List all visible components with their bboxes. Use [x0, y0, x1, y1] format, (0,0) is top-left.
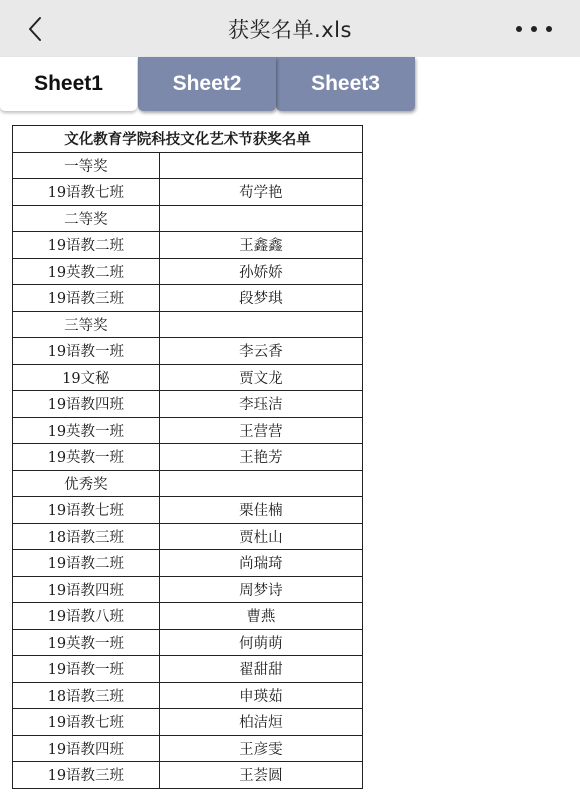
- table-title-row: 文化教育学院科技文化艺术节获奖名单: [13, 126, 363, 153]
- name-cell[interactable]: 苟学艳: [159, 179, 362, 206]
- table-row: 19语教七班苟学艳: [13, 179, 363, 206]
- class-cell[interactable]: 二等奖: [13, 205, 160, 232]
- class-cell[interactable]: 19语教一班: [13, 338, 160, 365]
- sheet-tabs: Sheet3 Sheet2 Sheet1: [0, 57, 580, 111]
- top-bar: 获奖名单.xls: [0, 0, 580, 57]
- table-row: 19语教二班尚瑞琦: [13, 550, 363, 577]
- ellipsis-icon-dot: [531, 26, 537, 32]
- table-row: 三等奖: [13, 311, 363, 338]
- sheet-title-cell[interactable]: 文化教育学院科技文化艺术节获奖名单: [13, 126, 363, 153]
- table-row: 一等奖: [13, 152, 363, 179]
- table-row: 19语教三班王荟圆: [13, 762, 363, 789]
- table-row: 19语教三班段梦琪: [13, 285, 363, 312]
- table-row: 19语教八班曹燕: [13, 603, 363, 630]
- name-cell[interactable]: 王艳芳: [159, 444, 362, 471]
- class-cell[interactable]: 19英教二班: [13, 258, 160, 285]
- table-row: 19英教一班王营营: [13, 417, 363, 444]
- class-cell[interactable]: 19英教一班: [13, 629, 160, 656]
- name-cell[interactable]: 贾杜山: [159, 523, 362, 550]
- name-cell[interactable]: 曹燕: [159, 603, 362, 630]
- tab-sheet3[interactable]: Sheet3: [276, 57, 415, 111]
- table-row: 19语教四班周梦诗: [13, 576, 363, 603]
- name-cell[interactable]: 王营营: [159, 417, 362, 444]
- class-cell[interactable]: 18语教三班: [13, 682, 160, 709]
- name-cell[interactable]: 尚瑞琦: [159, 550, 362, 577]
- class-cell[interactable]: 三等奖: [13, 311, 160, 338]
- name-cell[interactable]: 周梦诗: [159, 576, 362, 603]
- table-row: 19文秘贾文龙: [13, 364, 363, 391]
- class-cell[interactable]: 19语教八班: [13, 603, 160, 630]
- class-cell[interactable]: 19语教四班: [13, 576, 160, 603]
- table-row: 19英教一班王艳芳: [13, 444, 363, 471]
- table-row: 19语教一班翟甜甜: [13, 656, 363, 683]
- table-row: 19语教四班王彦雯: [13, 735, 363, 762]
- name-cell[interactable]: 王鑫鑫: [159, 232, 362, 259]
- class-cell[interactable]: 19英教一班: [13, 417, 160, 444]
- class-cell[interactable]: 19语教四班: [13, 391, 160, 418]
- table-row: 19语教二班王鑫鑫: [13, 232, 363, 259]
- ellipsis-icon-dot: [546, 26, 552, 32]
- class-cell[interactable]: 19语教二班: [13, 550, 160, 577]
- name-cell[interactable]: 柏洁烜: [159, 709, 362, 736]
- table-row: 18语教三班贾杜山: [13, 523, 363, 550]
- table-row: 18语教三班申瑛茹: [13, 682, 363, 709]
- class-cell[interactable]: 18语教三班: [13, 523, 160, 550]
- class-cell[interactable]: 19语教四班: [13, 735, 160, 762]
- more-options-button[interactable]: [516, 20, 552, 38]
- class-cell[interactable]: 一等奖: [13, 152, 160, 179]
- table-row: 19语教四班李珏洁: [13, 391, 363, 418]
- class-cell[interactable]: 19语教七班: [13, 709, 160, 736]
- name-cell[interactable]: 贾文龙: [159, 364, 362, 391]
- class-cell[interactable]: 19语教七班: [13, 179, 160, 206]
- name-cell[interactable]: [159, 152, 362, 179]
- table-row: 19语教一班李云香: [13, 338, 363, 365]
- class-cell[interactable]: 19英教一班: [13, 444, 160, 471]
- class-cell[interactable]: 19语教七班: [13, 497, 160, 524]
- class-cell[interactable]: 优秀奖: [13, 470, 160, 497]
- class-cell[interactable]: 19语教一班: [13, 656, 160, 683]
- ellipsis-icon-dot: [516, 26, 522, 32]
- name-cell[interactable]: 栗佳楠: [159, 497, 362, 524]
- name-cell[interactable]: 申瑛茹: [159, 682, 362, 709]
- tab-sheet1[interactable]: Sheet1: [0, 57, 137, 111]
- name-cell[interactable]: [159, 470, 362, 497]
- name-cell[interactable]: 王彦雯: [159, 735, 362, 762]
- name-cell[interactable]: 孙娇娇: [159, 258, 362, 285]
- class-cell[interactable]: 19语教三班: [13, 762, 160, 789]
- table-row: 19英教一班何萌萌: [13, 629, 363, 656]
- name-cell[interactable]: 李云香: [159, 338, 362, 365]
- table-row: 19语教七班栗佳楠: [13, 497, 363, 524]
- name-cell[interactable]: 翟甜甜: [159, 656, 362, 683]
- table-row: 优秀奖: [13, 470, 363, 497]
- table-row: 19语教七班柏洁烜: [13, 709, 363, 736]
- name-cell[interactable]: 王荟圆: [159, 762, 362, 789]
- class-cell[interactable]: 19语教二班: [13, 232, 160, 259]
- name-cell[interactable]: [159, 311, 362, 338]
- name-cell[interactable]: [159, 205, 362, 232]
- tab-sheet2[interactable]: Sheet2: [138, 57, 276, 111]
- spreadsheet-grid: 文化教育学院科技文化艺术节获奖名单 一等奖19语教七班苟学艳二等奖19语教二班王…: [12, 125, 363, 789]
- name-cell[interactable]: 李珏洁: [159, 391, 362, 418]
- document-title: 获奖名单.xls: [0, 14, 580, 44]
- name-cell[interactable]: 段梦琪: [159, 285, 362, 312]
- table-row: 二等奖: [13, 205, 363, 232]
- name-cell[interactable]: 何萌萌: [159, 629, 362, 656]
- table-row: 19英教二班孙娇娇: [13, 258, 363, 285]
- class-cell[interactable]: 19文秘: [13, 364, 160, 391]
- class-cell[interactable]: 19语教三班: [13, 285, 160, 312]
